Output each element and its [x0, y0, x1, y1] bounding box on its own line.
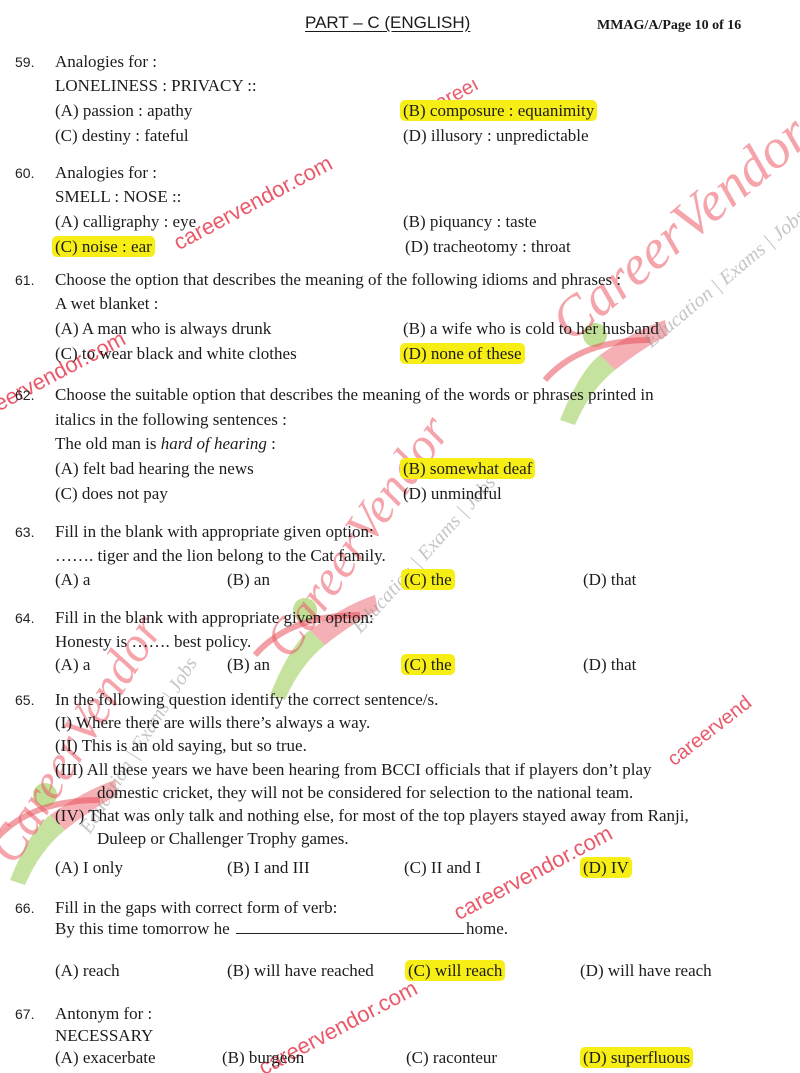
option-b[interactable]: (B) somewhat deaf: [403, 459, 535, 479]
question-number: 62.: [15, 385, 34, 405]
question-text: Honesty is ……. best policy.: [55, 632, 251, 652]
highlighted-answer: (C) the: [401, 569, 455, 590]
option-d[interactable]: (D) that: [583, 570, 636, 590]
question-number: 63.: [15, 522, 34, 542]
question-number: 59.: [15, 52, 34, 72]
option-c[interactable]: (C) the: [404, 655, 455, 675]
question-number: 64.: [15, 608, 34, 628]
question-text: Analogies for :: [55, 52, 157, 72]
option-c[interactable]: (C) raconteur: [406, 1048, 497, 1068]
italic-phrase: hard of hearing: [161, 434, 267, 453]
option-d[interactable]: (D) none of these: [403, 344, 525, 364]
question-text: In the following question identify the c…: [55, 690, 438, 710]
option-a[interactable]: (A) I only: [55, 858, 123, 878]
statement-iii: (III) All these years we have been heari…: [55, 760, 652, 780]
option-a[interactable]: (A) calligraphy : eye: [55, 212, 196, 232]
watermark-tagline: Education | Exams | Jobs: [640, 205, 800, 353]
question-number: 67.: [15, 1004, 34, 1024]
option-a[interactable]: (A) A man who is always drunk: [55, 319, 271, 339]
sentence-text: home.: [466, 919, 508, 938]
option-c[interactable]: (C) II and I: [404, 858, 481, 878]
option-a[interactable]: (A) felt bad hearing the news: [55, 459, 254, 479]
option-a[interactable]: (A) exacerbate: [55, 1048, 156, 1068]
option-c[interactable]: (C) will reach: [408, 961, 505, 981]
statement-iv: (IV) That was only talk and nothing else…: [55, 806, 689, 826]
option-b[interactable]: (B) composure : equanimity: [403, 101, 597, 121]
option-a[interactable]: (A) passion : apathy: [55, 101, 192, 121]
question-text: Analogies for :: [55, 163, 157, 183]
option-a[interactable]: (A) a: [55, 655, 90, 675]
option-d[interactable]: (D) tracheotomy : throat: [405, 237, 571, 257]
question-text: Fill in the gaps with correct form of ve…: [55, 898, 337, 918]
highlighted-answer: (C) will reach: [405, 960, 505, 981]
option-d[interactable]: (D) superfluous: [583, 1048, 693, 1068]
question-text: Fill in the blank with appropriate given…: [55, 522, 374, 542]
highlighted-answer: (B) somewhat deaf: [400, 458, 535, 479]
watermark-url: reervendor.com: [0, 326, 130, 421]
watermark-url: careervendor.com: [169, 150, 337, 256]
option-d[interactable]: (D) illusory : unpredictable: [403, 126, 589, 146]
option-d[interactable]: (D) unmindful: [403, 484, 502, 504]
statement-i: (I) Where there are wills there’s always…: [55, 713, 370, 733]
highlighted-answer: (D) superfluous: [580, 1047, 693, 1068]
option-c[interactable]: (C) noise : ear: [55, 237, 155, 257]
question-text: NECESSARY: [55, 1026, 153, 1046]
option-b[interactable]: (B) I and III: [227, 858, 310, 878]
question-text: SMELL : NOSE ::: [55, 187, 181, 207]
option-c[interactable]: (C) to wear black and white clothes: [55, 344, 297, 364]
highlighted-answer: (D) none of these: [400, 343, 525, 364]
watermark-url: careervend: [664, 692, 757, 772]
highlighted-answer: (C) the: [401, 654, 455, 675]
question-sentence: The old man is hard of hearing :: [55, 434, 276, 454]
question-text: A wet blanket :: [55, 294, 158, 314]
option-b[interactable]: (B) burgeon: [222, 1048, 304, 1068]
option-c[interactable]: (C) destiny : fateful: [55, 126, 189, 146]
question-text: ……. tiger and the lion belong to the Cat…: [55, 546, 386, 566]
question-number: 61.: [15, 270, 34, 290]
statement-ii: (II) This is an old saying, but so true.: [55, 736, 307, 756]
option-d[interactable]: (D) that: [583, 655, 636, 675]
question-sentence: By this time tomorrow he home.: [55, 919, 508, 939]
question-text: Choose the option that describes the mea…: [55, 270, 621, 290]
option-d[interactable]: (D) will have reach: [580, 961, 712, 981]
option-b[interactable]: (B) will have reached: [227, 961, 374, 981]
page-reference: MMAG/A/Page 10 of 16: [597, 18, 741, 34]
fill-blank: [236, 919, 464, 934]
question-text: Antonym for :: [55, 1004, 152, 1024]
option-c[interactable]: (C) does not pay: [55, 484, 168, 504]
question-text: italics in the following sentences :: [55, 410, 287, 430]
option-a[interactable]: (A) reach: [55, 961, 120, 981]
statement-iv-cont: Duleep or Challenger Trophy games.: [97, 829, 349, 849]
question-text: LONELINESS : PRIVACY ::: [55, 76, 257, 96]
option-b[interactable]: (B) an: [227, 655, 270, 675]
question-number: 60.: [15, 163, 34, 183]
sentence-text: The old man is: [55, 434, 161, 453]
question-number: 65.: [15, 690, 34, 710]
option-a[interactable]: (A) a: [55, 570, 90, 590]
sentence-text: :: [267, 434, 276, 453]
statement-iii-cont: domestic cricket, they will not be consi…: [97, 783, 633, 803]
highlighted-answer: (C) noise : ear: [52, 236, 155, 257]
option-c[interactable]: (C) the: [404, 570, 455, 590]
option-b[interactable]: (B) a wife who is cold to her husband: [403, 319, 659, 339]
option-d[interactable]: (D) IV: [583, 858, 632, 878]
highlighted-answer: (B) composure : equanimity: [400, 100, 597, 121]
option-b[interactable]: (B) an: [227, 570, 270, 590]
section-title: PART – C (ENGLISH): [305, 13, 470, 33]
question-text: Choose the suitable option that describe…: [55, 385, 654, 405]
question-text: Fill in the blank with appropriate given…: [55, 608, 374, 628]
question-number: 66.: [15, 898, 34, 918]
option-b[interactable]: (B) piquancy : taste: [403, 212, 537, 232]
careervendor-logo-icon: [250, 585, 380, 705]
sentence-text: By this time tomorrow he: [55, 919, 230, 938]
highlighted-answer: (D) IV: [580, 857, 632, 878]
